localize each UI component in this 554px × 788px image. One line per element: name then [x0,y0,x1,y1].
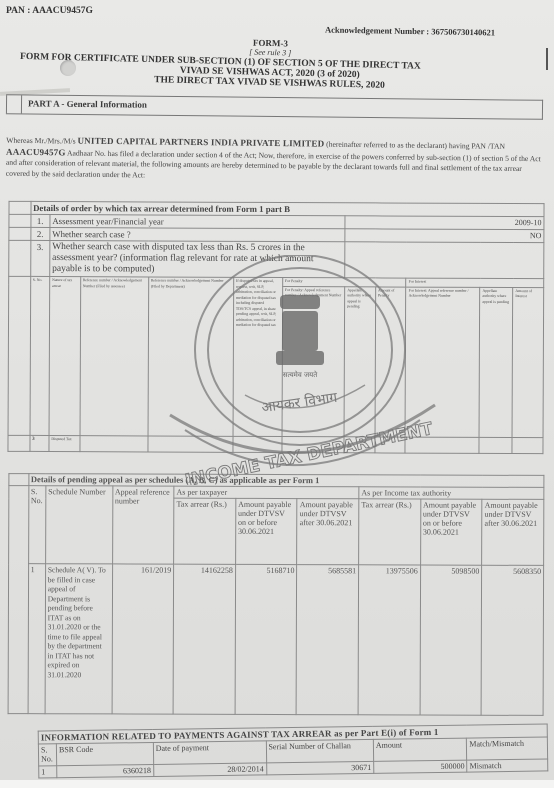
declarant-name: UNITED CAPITAL PARTNERS INDIA PRIVATE LI… [77,136,324,149]
payments-table: INFORMATION RELATED TO PAYMENTS AGAINST … [38,723,549,778]
pan-number: PAN : AAACU9457G [6,6,93,16]
challan-number: 30671 [266,761,374,774]
schedule-number: Schedule A( V). To be filled in case app… [45,564,112,714]
assessment-year-value: 2009-10 [345,216,544,230]
whereas-after-name: (hereinafter referred to as the declaran… [326,140,505,151]
order-details-table: Details of order by which tax arrear det… [7,201,544,454]
pending-appeal-table: Details of pending appeal as per schedul… [8,473,545,716]
as-per-taxpayer: As per taxpayer [174,486,359,499]
part-a-label: PART A - General Information [28,98,147,109]
payment-amount: 500000 [374,760,468,773]
column-header-row: S. No. Nature of tax arrear Reference nu… [9,276,544,287]
whereas-prefix: Whereas Mr./Mrs./M/s [6,136,75,146]
whereas-paragraph: Whereas Mr./Mrs./M/s UNITED CAPITAL PART… [6,135,544,186]
match-status: Mismatch [467,759,548,772]
table-row: 3. Whether search case with disputed tax… [9,240,544,278]
table-row: 3 Disputed Tax [8,435,543,453]
search-case-value: NO [345,229,544,243]
acknowledgement-number: Acknowledgement Number : 367506730140621 [325,25,495,38]
part-a-box [6,95,22,113]
part-a-header: PART A - General Information [6,94,543,120]
whereas-body: Aadhaar No. has filed a declaration unde… [6,148,541,179]
form-title: FORM-3 [ See rule 3 ] FORM FOR CERTIFICA… [19,32,520,94]
page-bottom-edge [0,780,554,788]
appeal-reference: 161/2019 [112,564,174,714]
scanned-document: PAN : AAACU9457G Acknowledgement Number … [0,0,554,788]
as-per-authority: As per Income tax authority [359,487,544,500]
edge-mark [546,48,548,70]
table-row: 1 Schedule A( V). To be filled in case a… [8,564,544,716]
bsr-code: 6360218 [57,764,154,777]
declarant-pan: AAACU9457G [6,146,66,157]
payment-date: 28/02/2014 [153,763,266,777]
